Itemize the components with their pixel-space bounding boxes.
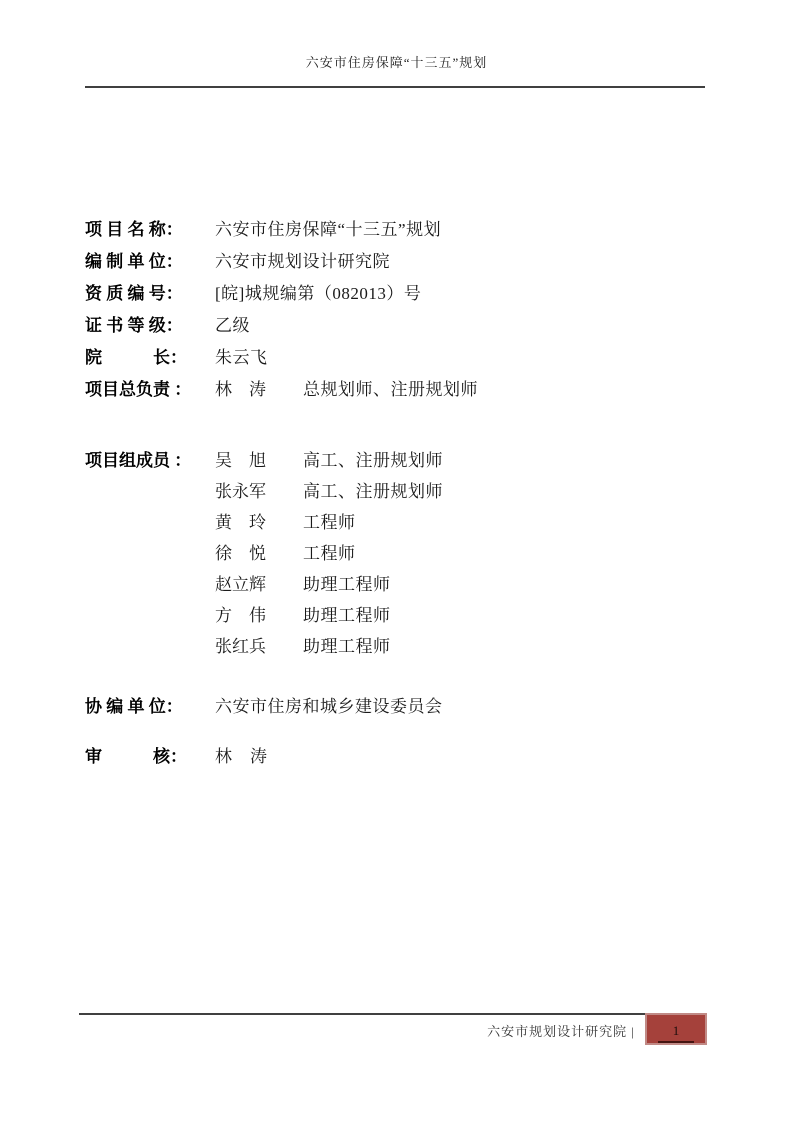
team-member-row: 黄 玲 工程师 bbox=[85, 505, 443, 536]
field-label: 院 长： bbox=[85, 343, 215, 368]
person-title: 助理工程师 bbox=[303, 601, 391, 626]
page-footer: 六安市规划设计研究院 | 1 bbox=[79, 1013, 707, 1045]
field-row-qualification-number: 资 质 编 号： [皖]城规编第（082013）号 bbox=[85, 275, 478, 307]
header-rule bbox=[85, 86, 705, 88]
team-member-row: 徐 悦 工程师 bbox=[85, 536, 443, 567]
person-name: 吴 旭 bbox=[215, 446, 303, 471]
person-title: 助理工程师 bbox=[303, 570, 391, 595]
field-label: 项目组成员 ： bbox=[85, 446, 215, 471]
document-page: 六安市住房保障“十三五”规划 项 目 名 称： 六安市住房保障“十三五”规划 编… bbox=[0, 0, 793, 1122]
person-name: 方 伟 bbox=[215, 601, 303, 626]
page-number-box: 1 bbox=[645, 1013, 707, 1045]
field-row-certificate-grade: 证 书 等 级： 乙级 bbox=[85, 307, 478, 339]
field-value: 林 涛 bbox=[215, 742, 268, 767]
field-value: 六安市住房和城乡建设委员会 bbox=[215, 692, 443, 717]
field-value: 六安市住房保障“十三五”规划 bbox=[215, 215, 441, 240]
field-label: 审 核： bbox=[85, 742, 215, 767]
team-member-row: 方 伟 助理工程师 bbox=[85, 598, 443, 629]
person-name: 张永军 bbox=[215, 477, 303, 502]
field-row-review: 审 核： 林 涛 bbox=[85, 738, 268, 770]
team-member-row: 张永军 高工、注册规划师 bbox=[85, 474, 443, 505]
field-row-coeditor: 协 编 单 位： 六安市住房和城乡建设委员会 bbox=[85, 688, 443, 720]
person-title: 助理工程师 bbox=[303, 632, 391, 657]
field-label: 项目总负责 ： bbox=[85, 375, 215, 400]
person-title: 高工、注册规划师 bbox=[303, 477, 443, 502]
header-running-title: 六安市住房保障“十三五”规划 bbox=[0, 52, 793, 71]
person-title: 总规划师、注册规划师 bbox=[303, 375, 478, 400]
review-section: 审 核： 林 涛 bbox=[85, 738, 268, 770]
field-row-project-name: 项 目 名 称： 六安市住房保障“十三五”规划 bbox=[85, 211, 478, 243]
footer-separator: | bbox=[631, 1024, 635, 1039]
person-title: 工程师 bbox=[303, 539, 356, 564]
team-member-row: 项目组成员 ： 吴 旭 高工、注册规划师 bbox=[85, 443, 443, 474]
field-label: 项 目 名 称： bbox=[85, 215, 215, 240]
coeditor-section: 协 编 单 位： 六安市住房和城乡建设委员会 bbox=[85, 688, 443, 720]
field-row-dean: 院 长： 朱云飞 bbox=[85, 339, 478, 371]
field-value: 乙级 bbox=[215, 311, 250, 336]
field-label: 编 制 单 位： bbox=[85, 247, 215, 272]
field-row-compiling-unit: 编 制 单 位： 六安市规划设计研究院 bbox=[85, 243, 478, 275]
field-value: 六安市规划设计研究院 bbox=[215, 247, 390, 272]
person-title: 高工、注册规划师 bbox=[303, 446, 443, 471]
person-name: 黄 玲 bbox=[215, 508, 303, 533]
field-label: 资 质 编 号： bbox=[85, 279, 215, 304]
field-label: 证 书 等 级： bbox=[85, 311, 215, 336]
person-name: 张红兵 bbox=[215, 632, 303, 657]
team-member-row: 张红兵 助理工程师 bbox=[85, 629, 443, 660]
person-title: 工程师 bbox=[303, 508, 356, 533]
field-row-project-director: 项目总负责 ： 林 涛 总规划师、注册规划师 bbox=[85, 371, 478, 403]
person-name: 徐 悦 bbox=[215, 539, 303, 564]
field-value: 朱云飞 bbox=[215, 343, 268, 368]
field-value: [皖]城规编第（082013）号 bbox=[215, 279, 421, 304]
person-name: 赵立辉 bbox=[215, 570, 303, 595]
footer-institution-text: 六安市规划设计研究院 bbox=[487, 1024, 627, 1039]
team-member-row: 赵立辉 助理工程师 bbox=[85, 567, 443, 598]
footer-institution: 六安市规划设计研究院 | bbox=[487, 1021, 635, 1040]
person-name: 林 涛 bbox=[215, 375, 303, 400]
team-section: 项目组成员 ： 吴 旭 高工、注册规划师 张永军 高工、注册规划师 黄 玲 工程… bbox=[85, 443, 443, 660]
field-label: 协 编 单 位： bbox=[85, 692, 215, 717]
page-number: 1 bbox=[658, 1023, 695, 1043]
project-info-section: 项 目 名 称： 六安市住房保障“十三五”规划 编 制 单 位： 六安市规划设计… bbox=[85, 211, 478, 403]
